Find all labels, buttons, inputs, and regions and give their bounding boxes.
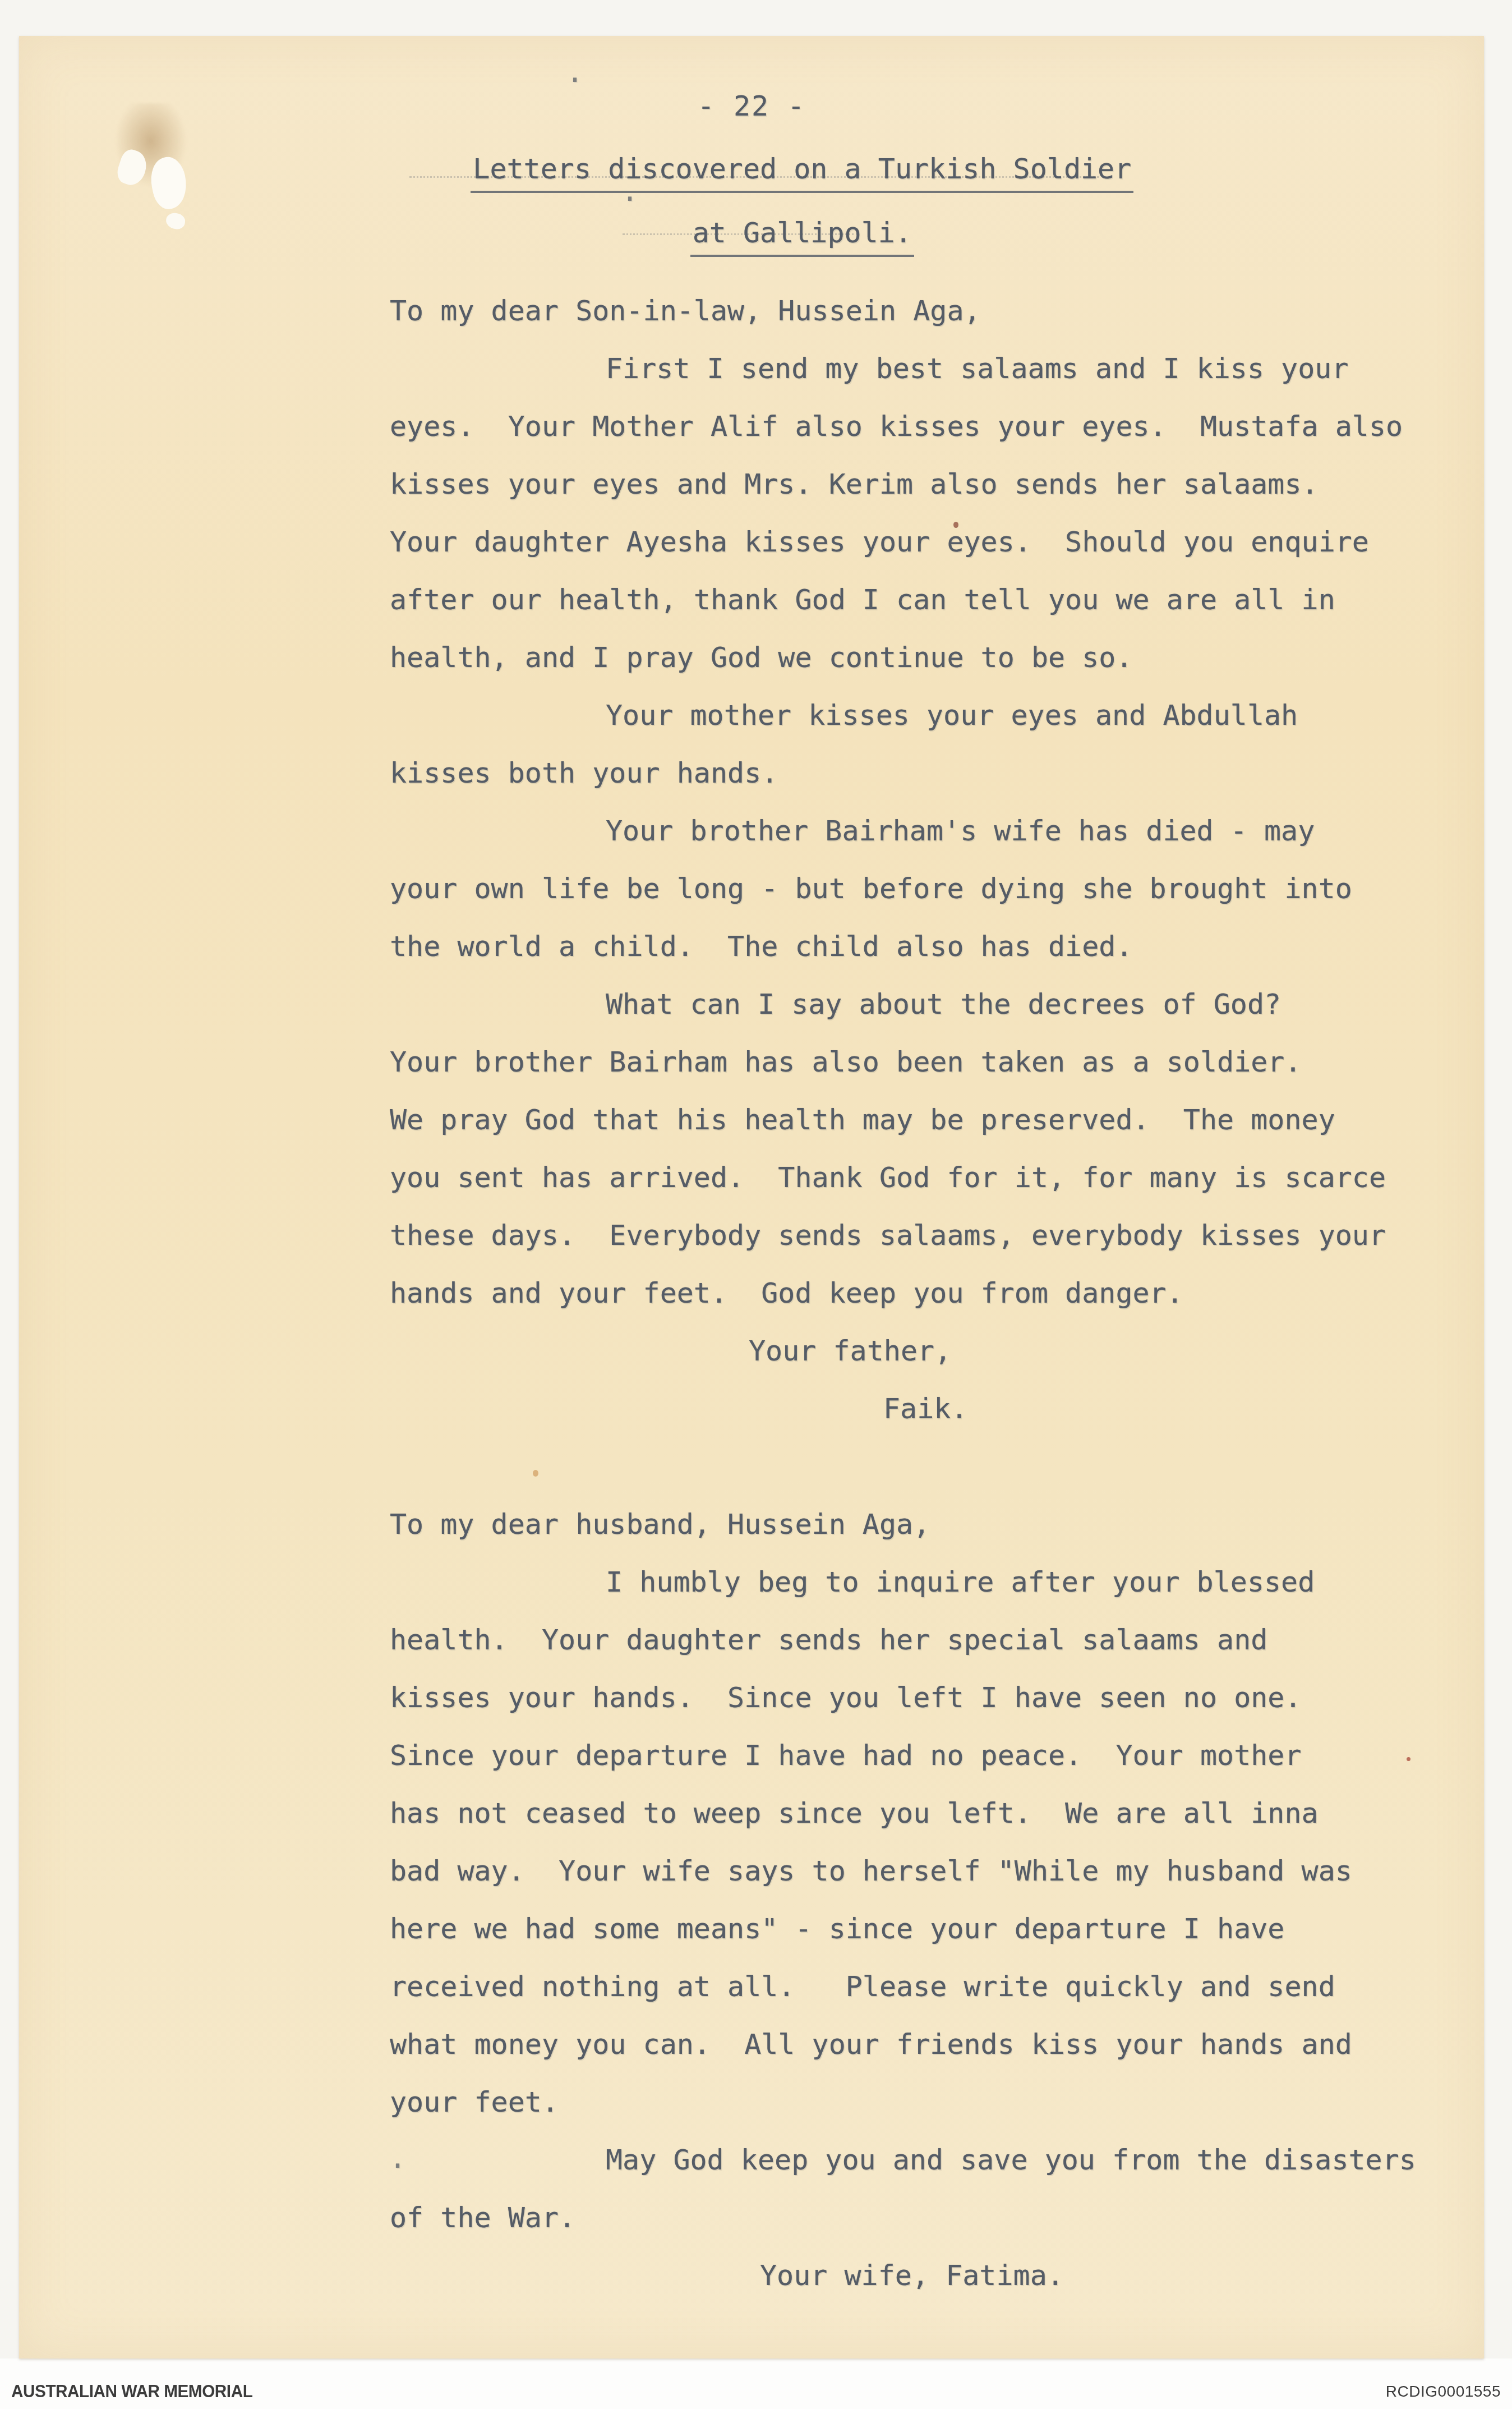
letter-line: what money you can. All your friends kis…: [390, 2016, 1455, 2074]
letter-line: kisses both your hands.: [390, 744, 1455, 802]
ghost-impression-line: [409, 176, 1099, 178]
letter-line: Your brother Bairham has also been taken…: [390, 1033, 1455, 1091]
letter-line: eyes. Your Mother Alif also kisses your …: [390, 398, 1455, 456]
reference-number: RCDIG0001555: [1386, 2383, 1501, 2401]
letter-line: health, and I pray God we continue to be…: [390, 629, 1455, 687]
letter-line: Your wife, Fatima.: [760, 2247, 1455, 2305]
letter-line: Your mother kisses your eyes and Abdulla…: [606, 687, 1455, 744]
letter-from-father-faik: To my dear Son-in-law, Hussein Aga,First…: [390, 282, 1455, 1438]
letter-line: your own life be long - but before dying…: [390, 860, 1455, 918]
letter-paper: - 22 - Letters discovered on a Turkish S…: [19, 36, 1484, 2359]
letter-line: here we had some means" - since your dep…: [390, 1900, 1455, 1958]
letter-line: you sent has arrived. Thank God for it, …: [390, 1149, 1455, 1207]
letter-line: Your brother Bairham's wife has died - m…: [606, 802, 1455, 860]
document-title-line-2: at Gallipoli.: [19, 184, 1484, 289]
letter-line: of the War.: [390, 2189, 1455, 2247]
letter-line: Since your departure I have had no peace…: [390, 1727, 1455, 1785]
letter-line: these days. Everybody sends salaams, eve…: [390, 1207, 1455, 1265]
scanned-document-page: - 22 - Letters discovered on a Turkish S…: [0, 0, 1512, 2409]
letter-line: Faik.: [883, 1380, 1455, 1438]
letter-gap: [390, 1438, 1455, 1496]
letter-line: First I send my best salaams and I kiss …: [606, 340, 1455, 398]
letter-line: health. Your daughter sends her special …: [390, 1611, 1455, 1669]
letter-line: To my dear husband, Hussein Aga,: [390, 1496, 1455, 1553]
letter-line: I humbly beg to inquire after your bless…: [606, 1553, 1455, 1611]
stray-mark: .: [389, 2144, 406, 2172]
letter-line: after our health, thank God I can tell y…: [390, 571, 1455, 629]
letter-line: hands and your feet. God keep you from d…: [390, 1265, 1455, 1322]
letter-line: the world a child. The child also has di…: [390, 918, 1455, 976]
letter-from-wife-fatima: To my dear husband, Hussein Aga,I humbly…: [390, 1496, 1455, 2305]
title-text-underlined: at Gallipoli.: [690, 217, 914, 257]
letter-line: has not ceased to weep since you left. W…: [390, 1785, 1455, 1842]
letter-line: Your daughter Ayesha kisses your eyes. S…: [390, 513, 1455, 571]
page-number: - 22 -: [19, 90, 1484, 122]
letter-body: To my dear Son-in-law, Hussein Aga,First…: [390, 282, 1455, 2305]
ghost-impression-line: [623, 233, 858, 235]
letter-line: May God keep you and save you from the d…: [606, 2131, 1455, 2189]
letter-line: kisses your eyes and Mrs. Kerim also sen…: [390, 456, 1455, 513]
letter-line: What can I say about the decrees of God?: [606, 976, 1455, 1033]
letter-line: Your father,: [749, 1322, 1455, 1380]
archive-name: AUSTRALIAN WAR MEMORIAL: [11, 2382, 252, 2402]
stray-mark: .: [621, 177, 638, 205]
letter-line: kisses your hands. Since you left I have…: [390, 1669, 1455, 1727]
letter-line: bad way. Your wife says to herself "Whil…: [390, 1842, 1455, 1900]
archive-footer: AUSTRALIAN WAR MEMORIAL RCDIG0001555: [0, 2374, 1512, 2409]
letter-line: your feet.: [390, 2074, 1455, 2131]
letter-line: We pray God that his health may be prese…: [390, 1091, 1455, 1149]
letter-line: received nothing at all. Please write qu…: [390, 1958, 1455, 2016]
letter-line: To my dear Son-in-law, Hussein Aga,: [390, 282, 1455, 340]
stray-mark: .: [566, 58, 583, 86]
